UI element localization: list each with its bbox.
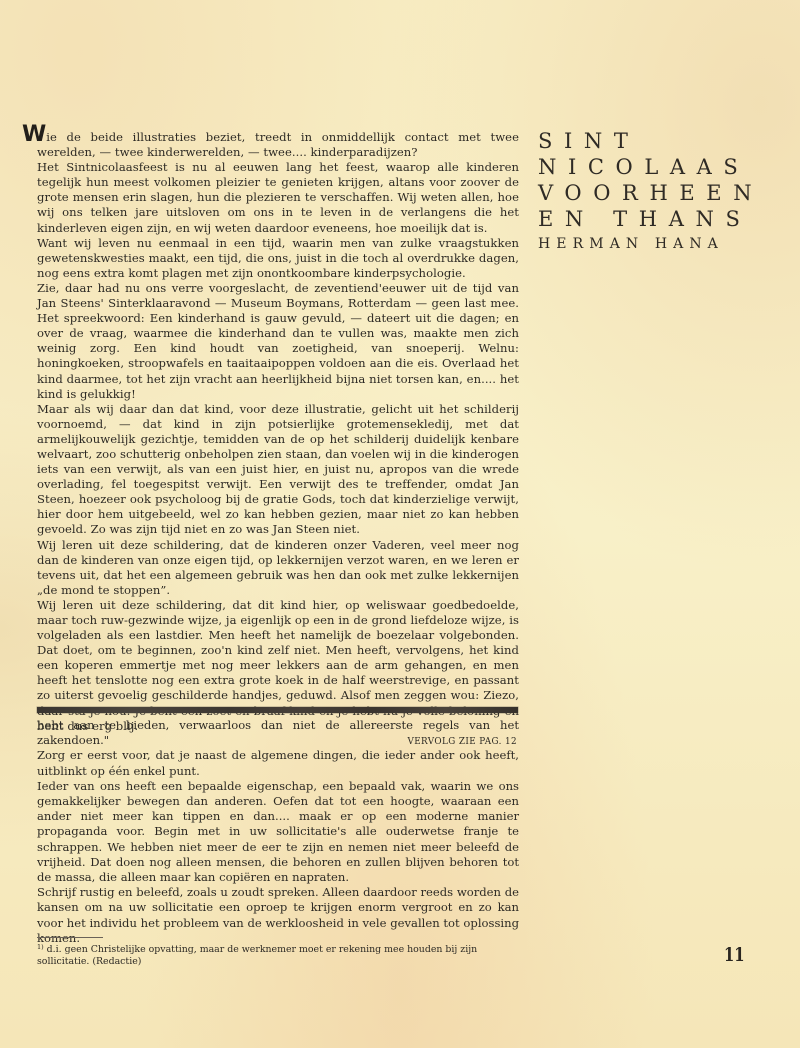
article-title-block: SINT NICOLAAS VOORHEEN EN THANS HERMAN H… xyxy=(538,128,753,255)
title-line-2: NICOLAAS xyxy=(538,154,753,180)
title-line-1: SINT xyxy=(538,128,753,154)
footnote: 1) d.i. geen Christelijke opvatting, maa… xyxy=(37,941,519,969)
continuation-paragraph: hebt aan te bieden, verwaarloos dan niet… xyxy=(37,718,519,748)
continuation-paragraph: Schrijf rustig en beleefd, zoals u zoudt… xyxy=(37,885,519,946)
continuation-paragraph: Zorg er eerst voor, dat je naast de alge… xyxy=(37,748,519,778)
article-paragraph: Want wij leven nu eenmaal in een tijd, w… xyxy=(37,236,519,281)
article-paragraph: Maar als wij daar dan dat kind, voor dez… xyxy=(37,402,519,538)
article-paragraph-intro: Wie de beide illustraties beziet, treedt… xyxy=(37,128,519,160)
article-paragraph: Wij leren uit deze schildering, dat de k… xyxy=(37,538,519,598)
continuation-paragraph: Ieder van ons heeft een bepaalde eigensc… xyxy=(37,779,519,885)
author-byline: HERMAN HANA xyxy=(538,233,753,255)
page-number: 11 xyxy=(724,944,745,966)
article-paragraph: Wij leren uit deze schildering, dat dit … xyxy=(37,598,519,734)
intro-text: ie de beide illustraties beziet, treedt … xyxy=(37,130,519,159)
footnote-rule xyxy=(37,937,103,938)
footnote-marker: 1) xyxy=(37,943,44,951)
drop-cap: W xyxy=(22,122,45,147)
article-paragraph: Het Sintnicolaasfeest is nu al eeuwen la… xyxy=(37,160,519,235)
section-separator-bar xyxy=(37,707,518,713)
continuation-article-body: hebt aan te bieden, verwaarloos dan niet… xyxy=(37,718,519,946)
article-paragraph: Zie, daar had nu ons verre voorgeslacht,… xyxy=(37,281,519,402)
title-line-4: EN THANS xyxy=(538,206,753,232)
footnote-text: d.i. geen Christelijke opvatting, maar d… xyxy=(37,944,477,967)
article-body: Wie de beide illustraties beziet, treedt… xyxy=(37,128,519,749)
title-line-3: VOORHEEN xyxy=(538,180,753,206)
